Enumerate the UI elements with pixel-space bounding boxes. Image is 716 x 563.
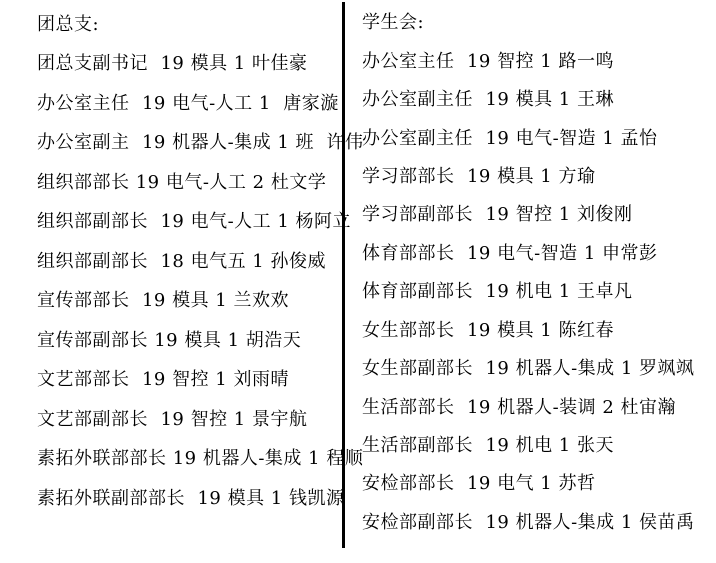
roster-entry: 办公室副主任 19 电气-智造 1 孟怡: [362, 117, 695, 155]
roster-entry: 素拓外联副部部长 19 模具 1 钱凯源: [37, 477, 364, 517]
roster-entry: 生活部副部长 19 机电 1 张天: [362, 425, 695, 463]
roster-entry: 办公室副主任 19 模具 1 王琳: [362, 79, 695, 117]
roster-entry: 生活部部长 19 机器人-装调 2 杜宙瀚: [362, 386, 695, 424]
roster-entry: 组织部部长 19 电气-人工 2 杜文学: [37, 161, 364, 201]
roster-entry: 女生部副部长 19 机器人-集成 1 罗飒飒: [362, 348, 695, 386]
roster-entry: 素拓外联部部长 19 机器人-集成 1 程顺: [37, 438, 364, 478]
roster-entry: 文艺部副部长 19 智控 1 景宇航: [37, 398, 364, 438]
document-page: 团总支: 团总支副书记 19 模具 1 叶佳豪办公室主任 19 电气-人工 1 …: [0, 0, 716, 563]
roster-entry: 学习部副部长 19 智控 1 刘俊刚: [362, 194, 695, 232]
roster-entry: 女生部部长 19 模具 1 陈红春: [362, 310, 695, 348]
roster-entry: 宣传部副部长 19 模具 1 胡浩天: [37, 319, 364, 359]
roster-entry: 学习部部长 19 模具 1 方瑜: [362, 156, 695, 194]
roster-entry: 文艺部部长 19 智控 1 刘雨晴: [37, 359, 364, 399]
roster-entry: 组织部副部长 18 电气五 1 孙俊威: [37, 240, 364, 280]
student-union-column: 学生会: 办公室主任 19 智控 1 路一鸣办公室副主任 19 模具 1 王琳办…: [362, 2, 695, 540]
student-union-heading: 学生会:: [362, 2, 695, 40]
roster-entry: 办公室副主 19 机器人-集成 1 班 许伟: [37, 122, 364, 162]
roster-entry: 组织部副部长 19 电气-人工 1 杨阿立: [37, 201, 364, 241]
league-branch-heading: 团总支:: [37, 3, 364, 43]
roster-entry: 安检部部长 19 电气 1 苏哲: [362, 463, 695, 501]
roster-entry: 体育部副部长 19 机电 1 王卓凡: [362, 271, 695, 309]
roster-entry: 办公室主任 19 智控 1 路一鸣: [362, 40, 695, 78]
roster-entry: 宣传部部长 19 模具 1 兰欢欢: [37, 280, 364, 320]
league-branch-column: 团总支: 团总支副书记 19 模具 1 叶佳豪办公室主任 19 电气-人工 1 …: [37, 3, 364, 517]
roster-entry: 安检部副部长 19 机器人-集成 1 侯苗禹: [362, 502, 695, 540]
roster-entry: 团总支副书记 19 模具 1 叶佳豪: [37, 43, 364, 83]
roster-entry: 体育部部长 19 电气-智造 1 申常彭: [362, 233, 695, 271]
roster-entry: 办公室主任 19 电气-人工 1 唐家漩: [37, 82, 364, 122]
